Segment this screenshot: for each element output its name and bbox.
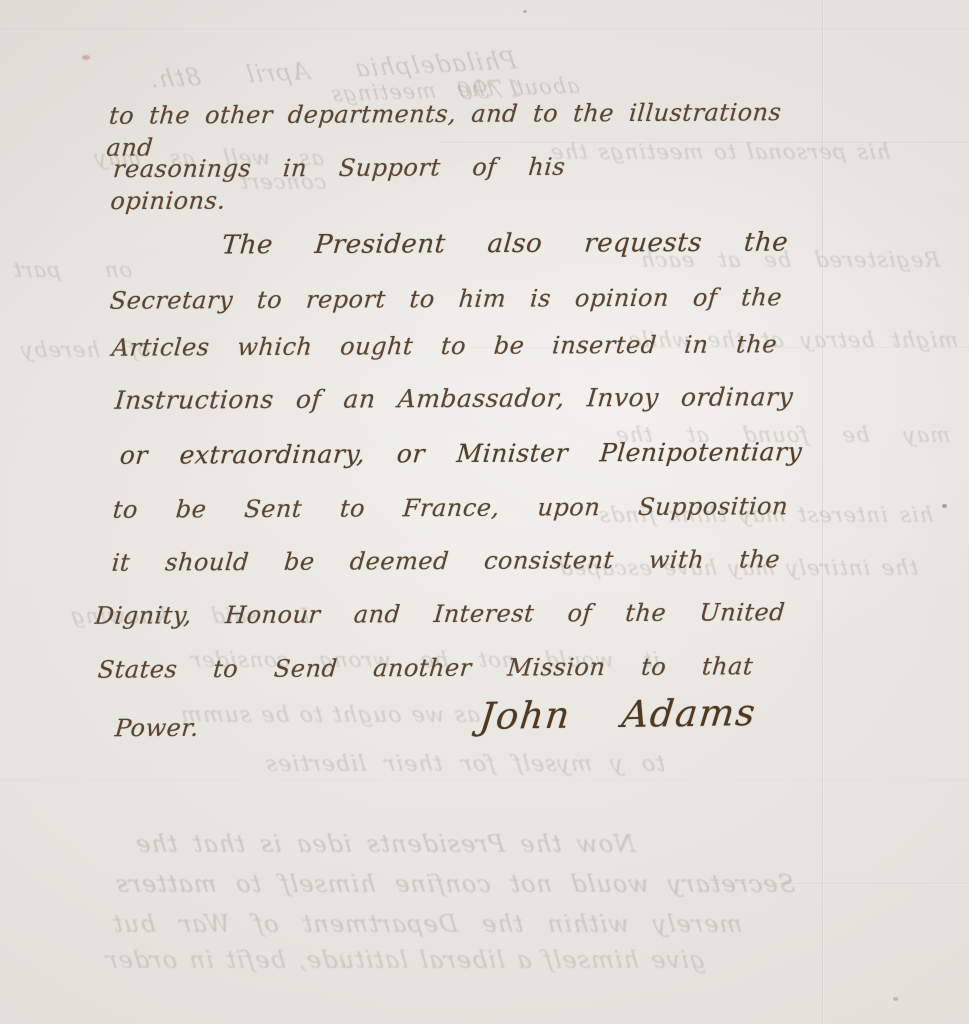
paper-blemish [82,55,90,60]
horizontal-fold-crease [0,29,969,31]
manuscript-line: it should be deemed consistent with the [111,543,782,578]
bleedthrough-text: as we ought to be summ [179,703,482,728]
paper-blemish [893,997,898,1001]
bleedthrough-text: on part [11,258,134,282]
manuscript-line: Secretary to report to him is opinion of… [109,281,784,317]
manuscript-line: Instructions of an Ambassador, Invoy ord… [114,381,795,417]
manuscript-line: The President also requests the [221,227,790,262]
manuscript-line: States to Send another Mission to that [97,650,755,685]
paper-blemish [942,504,947,508]
horizontal-fold-crease [0,780,969,782]
letter-page: Philadelphia April 8th. 1790 about the m… [0,0,969,1024]
bleedthrough-text: Now the Presidents idea is that the [134,830,637,858]
manuscript-line: reasonings in Support of his opinions. [109,151,566,217]
signature-john-adams: John Adams [477,690,758,740]
paper-blemish [523,10,527,13]
manuscript-line: Power. [114,712,201,744]
bleedthrough-text: to y myself for their liberties [264,752,667,777]
bleedthrough-text: give himself a liberal latitude, befit i… [104,946,707,974]
manuscript-line: Dignity, Honour and Interest of the Unit… [94,596,787,632]
manuscript-line: Articles which ought to be inserted in t… [111,328,779,363]
bleedthrough-text: merely within the Department of War but [111,910,744,938]
manuscript-line: to be Sent to France, upon Supposition [112,490,790,526]
bleedthrough-text: Secretary would not confine himself to m… [114,870,797,898]
manuscript-line: or extraordinary, or Minister Plenipoten… [119,436,804,472]
